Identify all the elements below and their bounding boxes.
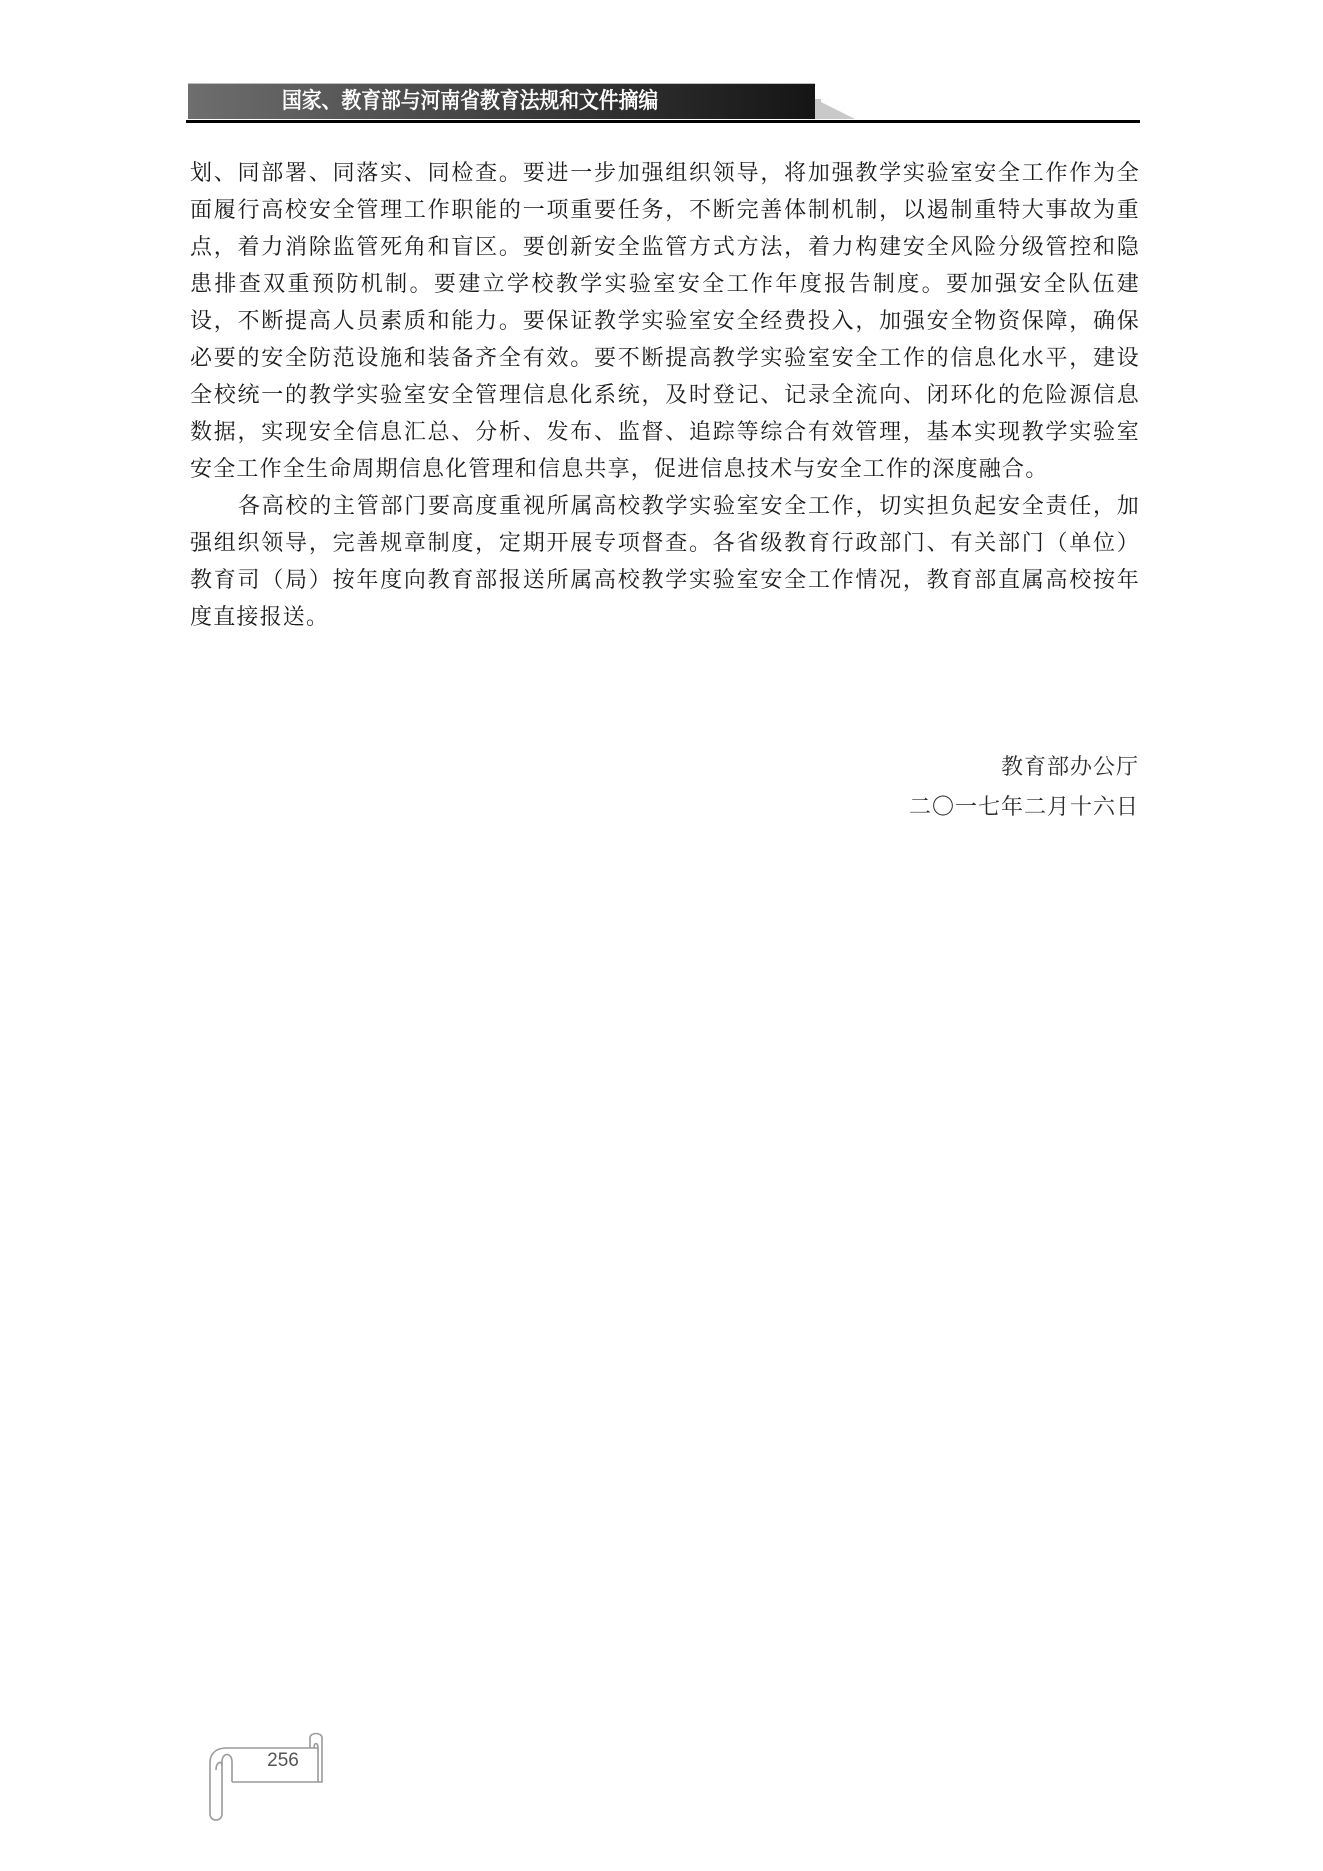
header-rule	[186, 120, 1140, 123]
header-tab-triangle	[815, 99, 855, 119]
header-title-bar: 国家、教育部与河南省教育法规和文件摘编	[188, 83, 815, 119]
page-number: 256	[258, 1750, 308, 1772]
paragraph: 划、同部署、同落实、同检查。要进一步加强组织领导，将加强教学实验室安全工作作为全…	[190, 155, 1140, 488]
scroll-icon	[208, 1730, 330, 1825]
header-title: 国家、教育部与河南省教育法规和文件摘编	[282, 84, 658, 120]
issuer-name: 教育部办公厅	[909, 748, 1139, 788]
document-body: 划、同部署、同落实、同检查。要进一步加强组织领导，将加强教学实验室安全工作作为全…	[190, 155, 1140, 636]
issue-date: 二〇一七年二月十六日	[909, 788, 1139, 828]
paragraph: 各高校的主管部门要高度重视所属高校教学实验室安全工作，切实担负起安全责任，加强组…	[190, 488, 1140, 636]
running-header: 国家、教育部与河南省教育法规和文件摘编	[186, 80, 1142, 124]
signature-block: 教育部办公厅 二〇一七年二月十六日	[909, 748, 1139, 828]
page-number-badge: 256	[208, 1730, 330, 1825]
